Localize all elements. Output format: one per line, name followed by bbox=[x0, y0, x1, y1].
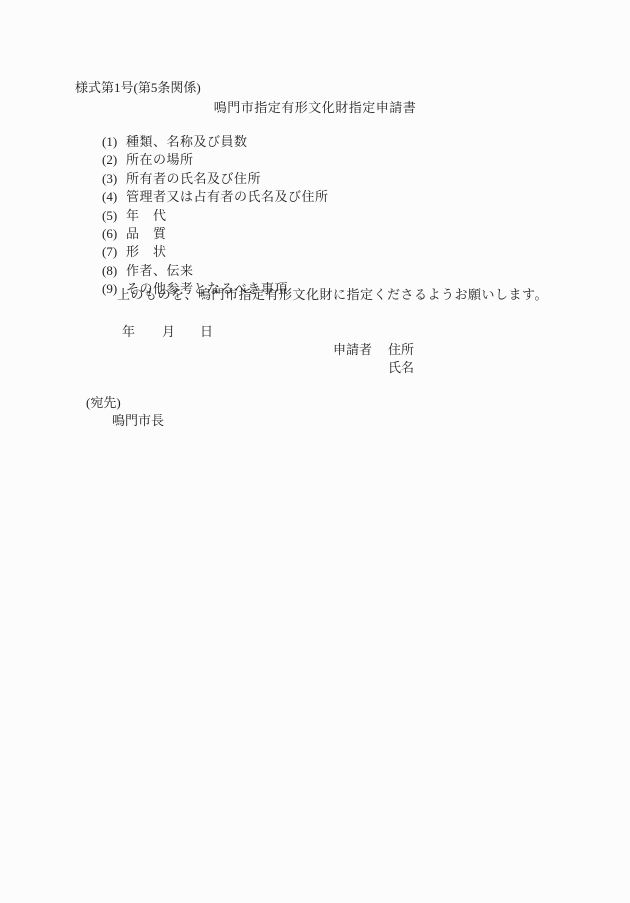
year-label: 年 bbox=[122, 325, 135, 338]
list-item: (9)その他参考となるべき事項 bbox=[89, 269, 288, 282]
list-item: (4)管理者又は占有者の氏名及び住所 bbox=[89, 177, 329, 190]
applicant-label: 申請者 bbox=[333, 343, 372, 356]
request-line: 上のものを、鳴門市指定有形文化財に指定くださるようお願いします。 bbox=[117, 288, 548, 301]
list-item: (2)所在の場所 bbox=[89, 140, 194, 153]
list-item: (8)作者、伝来 bbox=[89, 251, 194, 264]
list-item: (1)種類、名称及び員数 bbox=[89, 122, 248, 135]
list-item: (7)形 状 bbox=[89, 232, 167, 245]
recipient-label: (宛先) bbox=[86, 396, 121, 409]
list-item: (3)所有者の氏名及び住所 bbox=[89, 159, 261, 172]
address-label: 住所 bbox=[388, 343, 414, 356]
name-label: 氏名 bbox=[388, 361, 414, 374]
day-label: 日 bbox=[200, 325, 213, 338]
form-number: 様式第1号(第5条関係) bbox=[75, 81, 201, 94]
mayor-label: 鳴門市長 bbox=[112, 414, 164, 427]
month-label: 月 bbox=[162, 325, 175, 338]
application-form-page: 様式第1号(第5条関係) 鳴門市指定有形文化財指定申請書 (1)種類、名称及び員… bbox=[0, 0, 630, 903]
list-item: (6)品 質 bbox=[89, 214, 167, 227]
page-title: 鳴門市指定有形文化財指定申請書 bbox=[0, 101, 630, 114]
list-item: (5)年 代 bbox=[89, 196, 167, 209]
